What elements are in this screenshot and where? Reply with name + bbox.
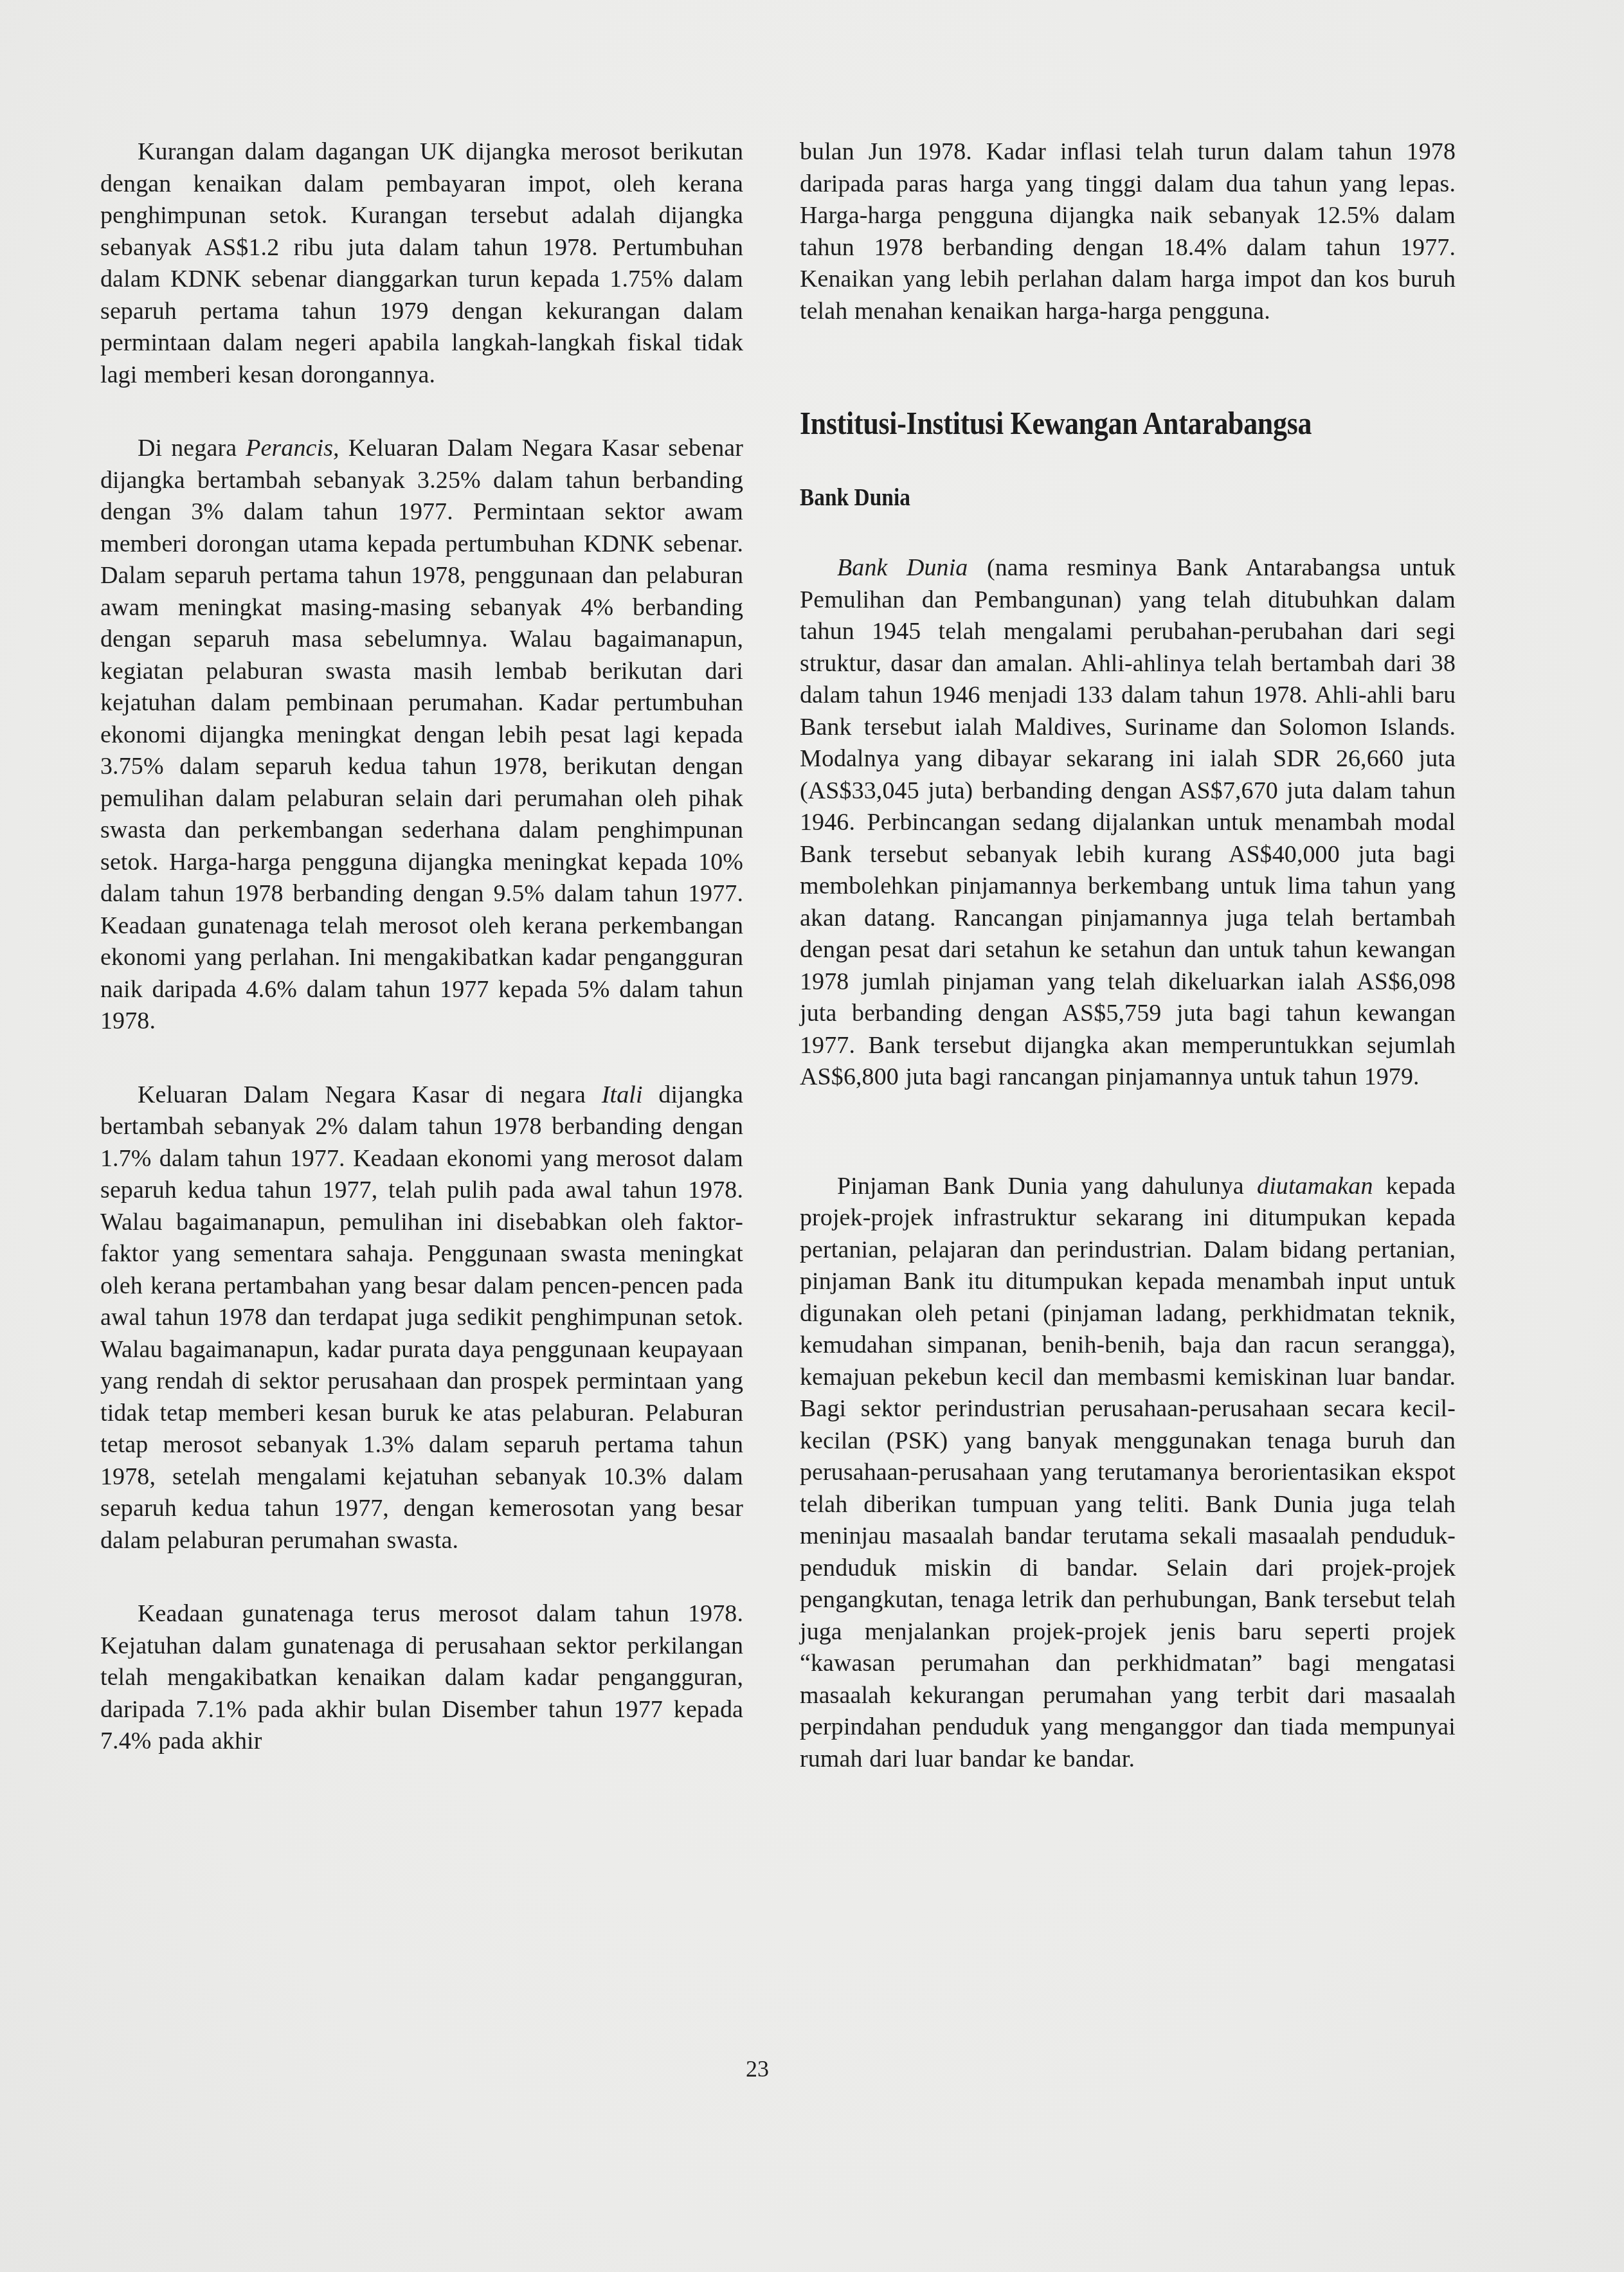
- country-name-italy: Itali: [602, 1081, 643, 1108]
- page-number: 23: [746, 2056, 769, 2082]
- document-page: Kurangan dalam dagangan UK dijangka mero…: [0, 0, 1624, 2272]
- world-bank-name: Bank Dunia: [837, 554, 968, 581]
- section-heading: Institusi-Institusi Kewangan Antarabangs…: [800, 404, 1364, 443]
- paragraph-france-body: Keluaran Dalam Negara Kasar sebenar dija…: [100, 435, 743, 1034]
- paragraph-world-bank-loans-body: kepada projek-projek infrastruktur sekar…: [800, 1173, 1456, 1772]
- paragraph-france-lead: Di negara: [138, 435, 246, 462]
- sub-heading-world-bank: Bank Dunia: [800, 483, 1377, 512]
- emphasis-diutamakan: diutamakan: [1257, 1173, 1373, 1200]
- paragraph-italy-employment: Keadaan gunatenaga terus merosot dalam t…: [100, 1598, 743, 1758]
- paragraph-world-bank-loans: Pinjaman Bank Dunia yang dahulunya diuta…: [800, 1171, 1456, 1776]
- paragraph-italy-body: dijangka bertambah sebanyak 2% dalam tah…: [100, 1081, 743, 1554]
- paragraph-italy: Keluaran Dalam Negara Kasar di negara It…: [100, 1079, 743, 1557]
- paragraph-world-bank-overview-body: (nama resminya Bank Antarabangsa untuk P…: [800, 554, 1456, 1090]
- paragraph-world-bank-overview: Bank Dunia (nama resminya Bank Antaraban…: [800, 552, 1456, 1094]
- paragraph-world-bank-loans-lead: Pinjaman Bank Dunia yang dahulunya: [837, 1173, 1257, 1200]
- paragraph-france: Di negara Perancis, Keluaran Dalam Negar…: [100, 433, 743, 1038]
- paragraph-italy-lead: Keluaran Dalam Negara Kasar di negara: [138, 1081, 602, 1108]
- paragraph-uk-trade: Kurangan dalam dagangan UK dijangka mero…: [100, 136, 743, 391]
- paragraph-italy-inflation-continued: bulan Jun 1978. Kadar inflasi telah turu…: [800, 136, 1456, 327]
- country-name-france: Perancis,: [246, 435, 339, 462]
- left-column: Kurangan dalam dagangan UK dijangka mero…: [100, 136, 743, 1758]
- right-column: bulan Jun 1978. Kadar inflasi telah turu…: [800, 136, 1456, 1775]
